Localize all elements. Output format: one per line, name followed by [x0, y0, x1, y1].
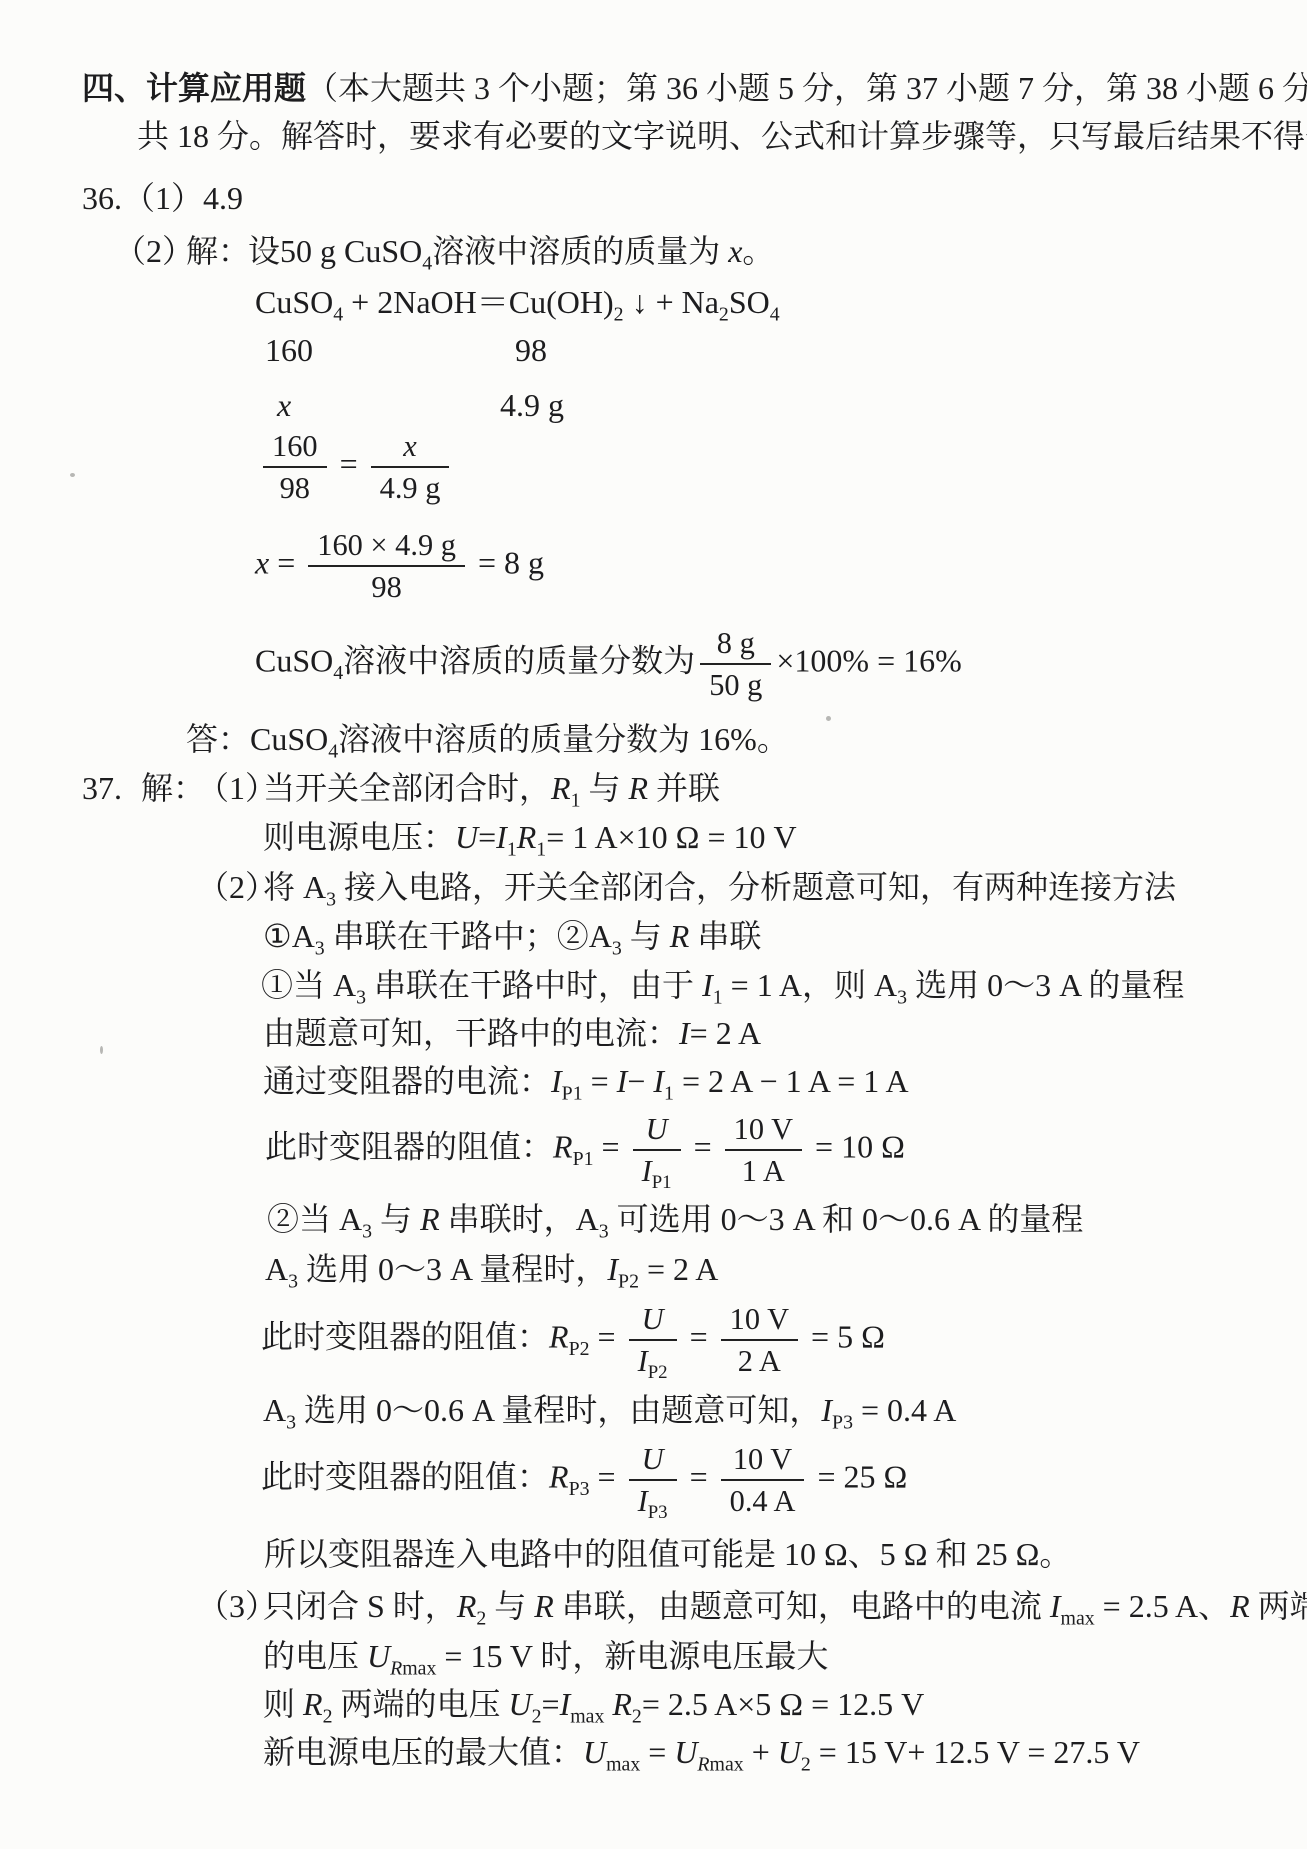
q36-ratio-49g: 4.9 g	[500, 385, 564, 425]
q37-line15: 只闭合 S 时，R2 与 R 串联，由题意可知，电路中的电流 Imax = 2.…	[263, 1586, 1307, 1626]
q37-line12: A3 选用 0～0.6 A 量程时，由题意可知，IP3 = 0.4 A	[263, 1390, 956, 1430]
q36-solve-x: x = 160 × 4.9 g98 = 8 g	[255, 528, 544, 604]
q37-line11: 此时变阻器的阻值：RP2 = UIP2 = 10 V2 A = 5 Ω	[261, 1302, 885, 1378]
scan-speck	[100, 1046, 103, 1054]
q37-line8: 此时变阻器的阻值：RP1 = UIP1 = 10 V1 A = 10 Ω	[265, 1112, 905, 1188]
q36-ratio-160: 160	[265, 330, 313, 370]
q37-jie: 解：	[141, 768, 205, 808]
document-page: 四、计算应用题（本大题共 3 个小题；第 36 小题 5 分，第 37 小题 7…	[0, 0, 1307, 1849]
section-header-line1: 四、计算应用题（本大题共 3 个小题；第 36 小题 5 分，第 37 小题 7…	[82, 68, 1307, 108]
q37-line9: ②当 A3 与 R 串联时，A3 可选用 0～3 A 和 0～0.6 A 的量程	[267, 1199, 1083, 1239]
scan-speck	[826, 716, 831, 721]
q37-line16: 的电压 URmax = 15 V 时，新电源电压最大	[263, 1636, 828, 1676]
q37-line14: 所以变阻器连入电路中的阻值可能是 10 Ω、5 Ω 和 25 Ω。	[264, 1534, 1071, 1574]
q36-answer-label: 答：	[186, 719, 250, 759]
q37-line10: A3 选用 0～3 A 量程时，IP2 = 2 A	[265, 1249, 718, 1289]
q37-line3: 将 A3 接入电路，开关全部闭合，分析题意可知，有两种连接方法	[263, 867, 1176, 907]
q36-ratio-98: 98	[515, 330, 547, 370]
q37-line4: ①A3 串联在干路中；②A3 与 R 串联	[263, 916, 761, 956]
q36-part2-marker: （2）	[114, 231, 194, 271]
q36-proportion: 16098 = x4.9 g	[258, 429, 454, 505]
q36-ratio-x: x	[277, 385, 291, 425]
q37-line17: 则 R2 两端的电压 U2=Imax R2= 2.5 A×5 Ω = 12.5 …	[263, 1684, 924, 1724]
scan-speck	[70, 473, 75, 477]
q37-number: 37.	[82, 768, 122, 808]
q37-line7: 通过变阻器的电流：IP1 = I− I1 = 2 A − 1 A = 1 A	[263, 1061, 909, 1101]
q37-line2: 则电源电压：U=I1R1= 1 A×10 Ω = 10 V	[263, 817, 797, 857]
q37-line13: 此时变阻器的阻值：RP3 = UIP3 = 10 V0.4 A = 25 Ω	[261, 1442, 907, 1518]
q36-number: 36.	[82, 178, 122, 218]
section-header-line2: 共 18 分。解答时，要求有必要的文字说明、公式和计算步骤等，只写最后结果不得分…	[137, 116, 1307, 156]
q36-part1: （1）4.9	[123, 178, 243, 218]
q37-line1: 当开关全部闭合时，R1 与 R 并联	[263, 768, 720, 808]
q36-mass-fraction: CuSO4溶液中溶质的质量分数为8 g50 g×100% = 16%	[255, 626, 962, 702]
q37-line5: ①当 A3 串联在干路中时，由于 I1 = 1 A，则 A3 选用 0～3 A …	[261, 965, 1184, 1005]
q36-part2-text: 设50 g CuSO4溶液中溶质的质量为 x。	[248, 231, 774, 271]
q36-part2-jie: 解：	[186, 231, 250, 271]
q37-line6: 由题意可知，干路中的电流：I= 2 A	[263, 1013, 761, 1053]
q36-chem-equation: CuSO4 + 2NaOH＝Cu(OH)2 ↓ + Na2SO4	[255, 282, 780, 322]
q36-answer-text: CuSO4溶液中溶质的质量分数为 16%。	[250, 719, 789, 759]
q37-line18: 新电源电压的最大值：Umax = URmax + U2 = 15 V+ 12.5…	[263, 1732, 1140, 1772]
